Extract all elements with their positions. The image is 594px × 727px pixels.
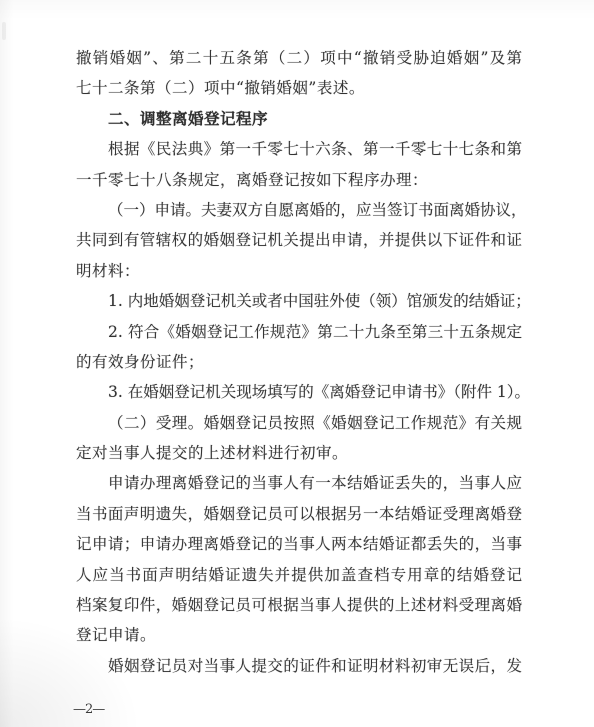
paragraph-line: 婚姻登记员对当事人提交的证件和证明材料初审无误后，发 [76, 651, 522, 681]
list-item-2: 2. 符合《婚姻登记工作规范》第二十九条至第三十五条规定 [76, 317, 522, 347]
section-heading: 二、调整离婚登记程序 [76, 104, 522, 134]
paragraph-line: 根据《民法典》第一千零七十六条、第一千零七十七条和第 [76, 134, 522, 164]
paragraph-line: 七十二条第（二）项中“撤销婚姻”表述。 [76, 73, 522, 103]
paragraph-line: 申请办理离婚登记的当事人有一本结婚证丢失的，当事人应 [76, 468, 522, 498]
list-item-1: 1. 内地婚姻登记机关或者中国驻外使（领）馆颁发的结婚证； [76, 286, 522, 316]
page-number: —2— [73, 700, 104, 720]
paragraph-line: 当书面声明遗失，婚姻登记员可以根据另一本结婚证受理离婚登 [76, 499, 522, 529]
paragraph-line: 档案复印件，婚姻登记员可根据当事人提供的上述材料受理离婚 [76, 590, 522, 620]
paragraph-line: 定对当事人提交的上述材料进行初审。 [76, 438, 522, 468]
list-item-3: 3. 在婚姻登记机关现场填写的《离婚登记申请书》（附件 1）。 [76, 377, 522, 407]
paragraph-line: 一千零七十八条规定，离婚登记按如下程序办理： [76, 165, 522, 195]
paragraph-line: 记申请；申请办理离婚登记的当事人两本结婚证都丢失的，当事 [76, 529, 522, 559]
paragraph-line: 撤销婚姻”、第二十五条第（二）项中“撤销受胁迫婚姻”及第 [76, 43, 522, 73]
paragraph-line: （二）受理。婚姻登记员按照《婚姻登记工作规范》有关规 [76, 408, 522, 438]
list-item-2-continuation: 的有效身份证件； [76, 347, 522, 377]
paragraph-line: 登记申请。 [76, 620, 522, 650]
document-body: 撤销婚姻”、第二十五条第（二）项中“撤销受胁迫婚姻”及第 七十二条第（二）项中“… [76, 43, 522, 681]
paragraph-line: 共同到有管辖权的婚姻登记机关提出申请，并提供以下证件和证 [76, 225, 522, 255]
paragraph-line: 明材料： [76, 256, 522, 286]
paragraph-line: （一）申请。夫妻双方自愿离婚的，应当签订书面离婚协议， [76, 195, 522, 225]
paragraph-line: 人应当书面声明结婚证遗失并提供加盖查档专用章的结婚登记 [76, 560, 522, 590]
scan-artifact [2, 22, 6, 40]
